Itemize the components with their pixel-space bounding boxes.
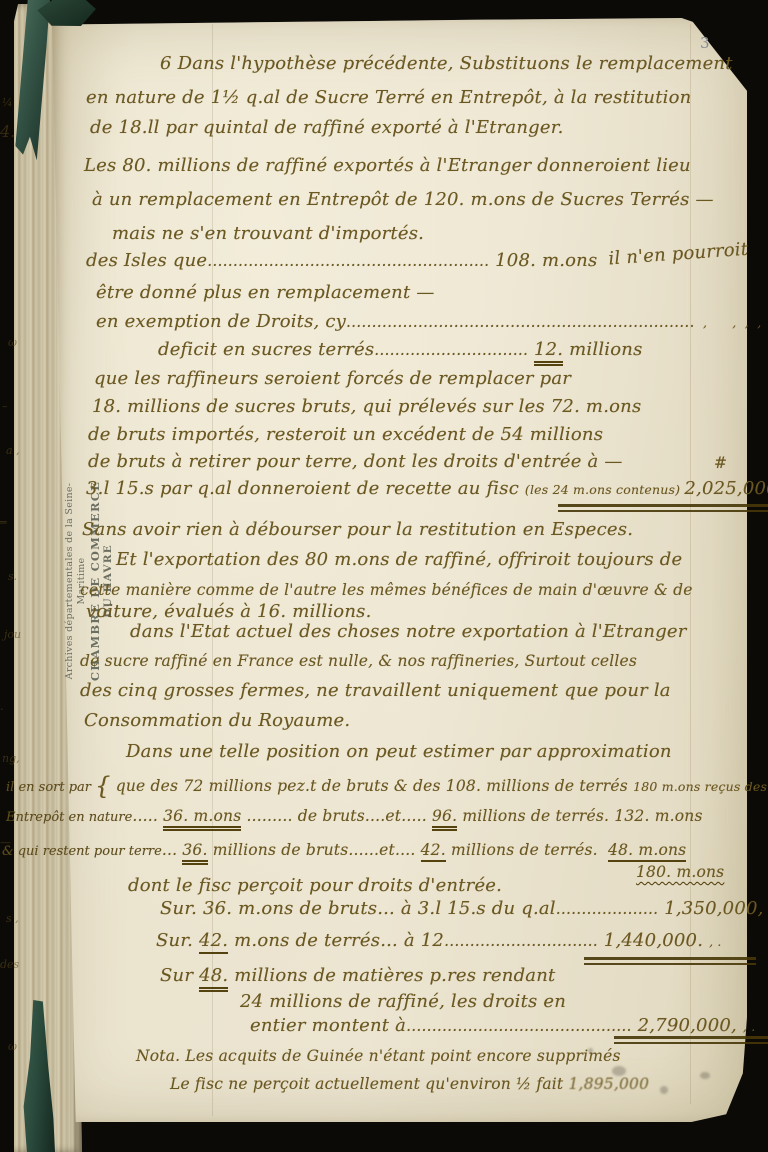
manuscript-line: mais ne s'en trouvant d'importés.: [112, 224, 424, 244]
handwritten-text: , .: [709, 934, 722, 949]
handwritten-text: il en sort par: [6, 780, 95, 795]
handwritten-text: en exemption de Droits, cy: [96, 311, 346, 332]
handwritten-text: (les 24 m.ons contenus): [525, 482, 685, 497]
manuscript-line: cette manière comme de l'autre les mêmes…: [80, 580, 693, 600]
handwritten-text: millions de matières p.res rendant: [228, 965, 555, 986]
ink-speckle: [700, 1072, 710, 1079]
handwritten-text: Entrepôt en nature: [6, 810, 132, 825]
handwritten-text: ..............................: [374, 341, 528, 359]
handwritten-text: de sucre raffiné en France est nulle, & …: [80, 652, 637, 670]
handwritten-text: 180 m.ons reçus des Colo-: [633, 779, 768, 794]
handwritten-text: m.ons de terrés... à 12: [228, 930, 444, 951]
handwritten-text: millions de terrés.: [446, 841, 608, 859]
handwritten-text: 1,350,000,: [658, 898, 768, 919]
handwritten-text: ..............................: [444, 932, 598, 950]
handwritten-text: .....: [132, 807, 163, 825]
page-edge-fragment: jou: [4, 628, 21, 641]
page-edge-fragment: —: [0, 836, 11, 849]
page-number: 3: [700, 34, 710, 52]
manuscript-line: Entrepôt en nature..... 36. m.ons ......…: [6, 806, 703, 826]
handwritten-text: 1,440,000.: [598, 930, 709, 951]
manuscript-line: de bruts à retirer pour terre, dont les …: [88, 452, 623, 472]
handwritten-text: 36.: [182, 841, 207, 865]
handwritten-text: dont le fisc perçoit pour droits d'entré…: [128, 875, 502, 896]
handwritten-text: cette manière comme de l'autre les mêmes…: [80, 581, 693, 599]
handwritten-text: millions de bruts......et....: [208, 841, 421, 859]
handwritten-text: dans l'Etat actuel des choses notre expo…: [130, 621, 687, 642]
manuscript-line: deficit en sucres terrés................…: [158, 340, 643, 360]
page-edge-fragment: des: [0, 958, 19, 971]
handwritten-text: {: [95, 772, 110, 800]
handwritten-text: 132. m.ons: [614, 807, 702, 825]
page-edge-fragment: .: [0, 700, 4, 713]
handwritten-text: Sur.: [156, 930, 199, 951]
manuscript-line: Les 80. millions de raffiné exportés à l…: [84, 156, 691, 176]
handwritten-text: de bruts à retirer pour terre, dont les …: [88, 451, 623, 472]
handwritten-text: 96.: [432, 807, 457, 831]
manuscript-line: que les raffineurs seroient forcés de re…: [94, 369, 571, 389]
manuscript-line: 18. millions de sucres bruts, qui prélev…: [92, 397, 641, 417]
handwritten-text: , , , ,: [695, 315, 762, 330]
manuscript-line: il en sort par { que des 72 millions pez…: [6, 773, 768, 799]
manuscript-line: Et l'exportation des 80 m.ons de raffiné…: [116, 550, 682, 570]
handwritten-text: 3.l 15.s par q.al donneroient de recette…: [86, 478, 525, 499]
handwritten-text: il n'en pourroit: [596, 240, 749, 270]
handwritten-text: ......... de bruts....et.....: [241, 807, 432, 825]
handwritten-text: Sur. 36. m.ons de bruts... à 3.l 15.s du…: [160, 898, 556, 919]
handwritten-text: ........................................…: [406, 1017, 632, 1035]
manuscript-line: Sur 48. millions de matières p.res renda…: [160, 966, 555, 986]
manuscript-line: Dans une telle position on peut estimer …: [126, 742, 672, 762]
manuscript-line: de 18.ll par quintal de raffiné exporté …: [90, 118, 564, 138]
handwritten-text: en nature de 1½ q.al de Sucre Terré en E…: [86, 87, 691, 108]
handwritten-text: millions de terrés.: [457, 807, 614, 825]
ink-double-rule: [614, 1036, 768, 1044]
manuscript-line: dans l'Etat actuel des choses notre expo…: [130, 622, 687, 642]
page-edge-fragment: ¼: [2, 96, 13, 109]
handwritten-text: que les raffineurs seroient forcés de re…: [94, 368, 571, 389]
handwritten-text: ........................................…: [207, 252, 489, 270]
handwritten-text: Sur: [160, 965, 199, 986]
handwritten-text: 24 millions de raffiné, les droits en: [240, 991, 566, 1012]
manuscript-line: Nota. Les acquits de Guinée n'étant poin…: [136, 1046, 621, 1066]
handwritten-text: 12.: [534, 339, 563, 366]
manuscript-line: voiture, évalués à 16. millions.: [86, 602, 372, 622]
handwritten-text: Sans avoir rien à débourser pour la rest…: [82, 519, 633, 540]
handwritten-text: 42.: [199, 930, 228, 954]
handwritten-text: voiture, évalués à 16. millions.: [86, 601, 372, 622]
handwritten-text: des Isles que: [86, 250, 207, 271]
manuscript-line: dont le fisc perçoit pour droits d'entré…: [128, 876, 502, 896]
manuscript-line: 3.l 15.s par q.al donneroient de recette…: [86, 479, 768, 499]
handwritten-text: 2,790,000,: [632, 1015, 743, 1036]
manuscript-line: 180. m.ons: [636, 862, 724, 882]
handwritten-text: de 18.ll par quintal de raffiné exporté …: [90, 117, 564, 138]
manuscript-line: des cinq grosses fermes, ne travaillent …: [80, 681, 671, 701]
manuscript-line: en exemption de Droits, cy..............…: [96, 312, 761, 332]
manuscript-line: 24 millions de raffiné, les droits en: [240, 992, 566, 1012]
ink-speckle: [660, 1086, 668, 1094]
manuscript-line: 6 Dans l'hypothèse précédente, Substituo…: [160, 54, 733, 74]
handwritten-text: à un remplacement en Entrepôt de 120. m.…: [92, 189, 714, 210]
handwritten-text: Dans une telle position on peut estimer …: [126, 741, 672, 762]
handwritten-text: 36. m.ons: [163, 807, 241, 831]
manuscript-line: Sans avoir rien à débourser pour la rest…: [82, 520, 633, 540]
page-edge-fragment: –: [2, 400, 8, 413]
handwritten-text: 6 Dans l'hypothèse précédente, Substituo…: [160, 53, 733, 74]
handwritten-text: 48. m.ons: [608, 841, 686, 862]
handwritten-text: ...: [162, 841, 183, 859]
manuscript-line: de bruts importés, resteroit un excédent…: [88, 425, 603, 445]
manuscript-line: Sur. 36. m.ons de bruts... à 3.l 15.s du…: [160, 899, 768, 919]
ink-double-rule: [584, 957, 756, 965]
handwritten-text: , .: [743, 1019, 756, 1034]
manuscript-line: Sur. 42. m.ons de terrés... à 12........…: [156, 931, 722, 951]
page-edge-fragment: ng,: [2, 752, 20, 765]
scanned-manuscript: Archives départementales de la Seine-Mar…: [0, 0, 768, 1152]
manuscript-line: à un remplacement en Entrepôt de 120. m.…: [92, 190, 714, 210]
manuscript-line: #: [714, 453, 727, 473]
handwritten-text: #: [714, 454, 727, 472]
page-edge-fragment: ═: [0, 516, 7, 529]
manuscript-line: de sucre raffiné en France est nulle, & …: [80, 651, 637, 671]
manuscript-line: Le fisc ne perçoit actuellement qu'envir…: [170, 1074, 649, 1094]
handwritten-text: de bruts importés, resteroit un excédent…: [88, 424, 603, 445]
handwritten-text: Le fisc ne perçoit actuellement qu'envir…: [170, 1075, 569, 1093]
page-edge-fragment: 4.: [0, 122, 15, 141]
handwritten-text: 18. millions de sucres bruts, qui prélev…: [92, 396, 641, 417]
ink-speckle: [588, 1048, 593, 1053]
handwritten-text: deficit en sucres terrés: [158, 339, 374, 360]
handwritten-text: 2,025,000:: [684, 478, 768, 499]
page-edge-fragment: s.: [8, 570, 17, 583]
handwritten-text: que des 72 millions pez.t de bruts & des…: [111, 777, 633, 795]
ink-speckle: [612, 1066, 626, 1076]
manuscript-line: entier montent à........................…: [250, 1016, 755, 1036]
handwritten-text: Les 80. millions de raffiné exportés à l…: [84, 155, 691, 176]
page-edge-fragment: ω: [8, 1040, 17, 1053]
page-edge-fragment: a ,: [6, 444, 20, 457]
handwritten-text: millions: [563, 339, 642, 360]
page-edge-fragment: ω: [8, 336, 17, 349]
handwritten-text: Et l'exportation des 80 m.ons de raffiné…: [116, 549, 682, 570]
manuscript-line: des Isles que...........................…: [86, 251, 749, 271]
handwritten-text: 48.: [199, 965, 228, 992]
handwritten-text: entier montent à: [250, 1015, 406, 1036]
handwritten-text: Consommation du Royaume.: [84, 710, 350, 731]
manuscript-line: & qui restent pour terre... 36. millions…: [2, 840, 686, 860]
handwritten-text: 108. m.ons: [489, 250, 597, 271]
page-content-layer: Archives départementales de la Seine-Mar…: [0, 0, 768, 1152]
manuscript-line: en nature de 1½ q.al de Sucre Terré en E…: [86, 88, 691, 108]
handwritten-text: & qui restent pour terre: [2, 844, 162, 859]
handwritten-text: mais ne s'en trouvant d'importés.: [112, 223, 424, 244]
handwritten-text: 1,895,000: [569, 1075, 650, 1093]
handwritten-text: être donné plus en remplacement —: [96, 282, 435, 303]
page-edge-fragment: s ,: [6, 912, 19, 925]
handwritten-text: 180. m.ons: [636, 863, 724, 881]
handwritten-text: Nota. Les acquits de Guinée n'étant poin…: [136, 1047, 621, 1065]
manuscript-line: Consommation du Royaume.: [84, 711, 350, 731]
manuscript-line: être donné plus en remplacement —: [96, 283, 435, 303]
handwritten-text: ........................................…: [346, 313, 695, 331]
handwritten-text: ....................: [556, 900, 659, 918]
ink-double-rule: [558, 504, 768, 512]
handwritten-text: des cinq grosses fermes, ne travaillent …: [80, 680, 671, 701]
handwritten-text: 42.: [421, 841, 446, 862]
